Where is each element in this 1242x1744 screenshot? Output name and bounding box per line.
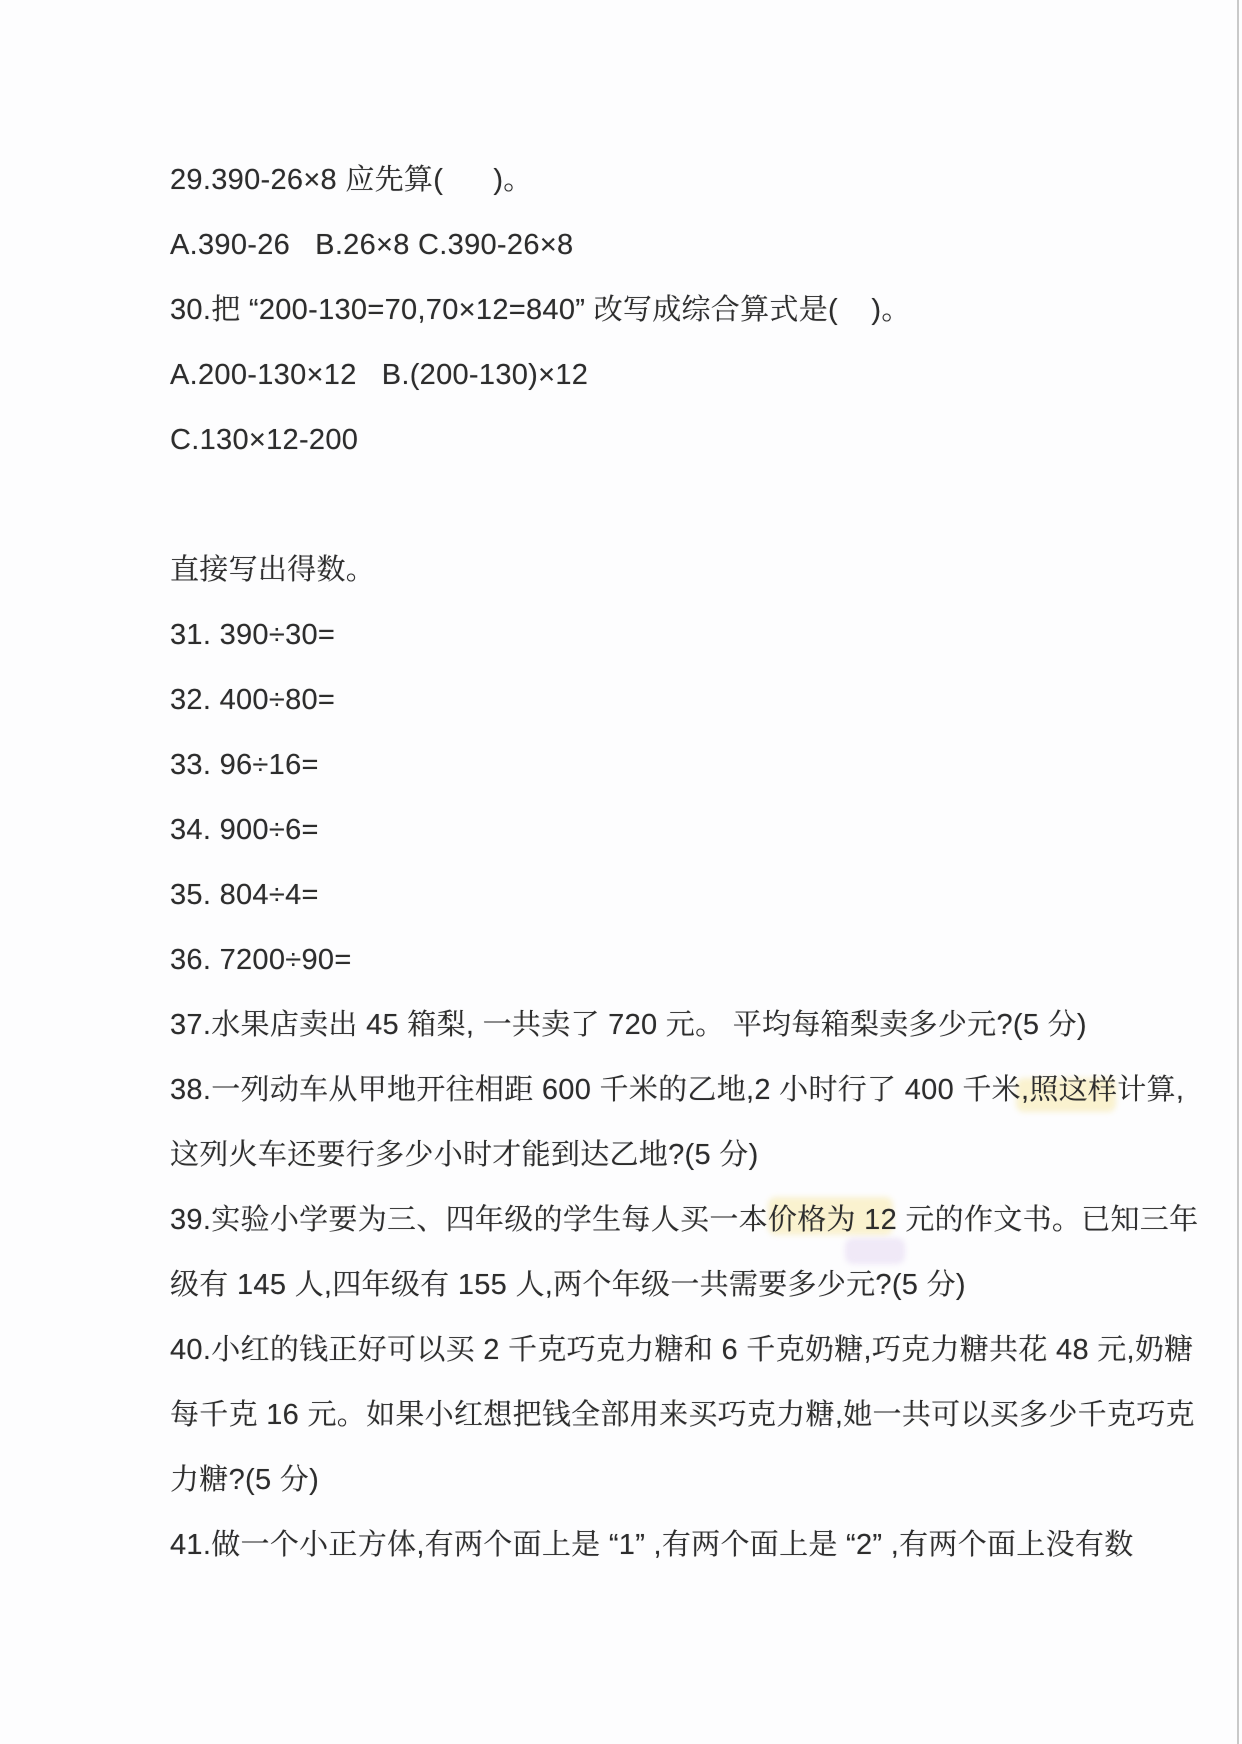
problem-35: 35. 804÷4= [170,863,1202,928]
problem-34: 34. 900÷6= [170,798,1202,863]
problem-29-options: A.390-26 B.26×8 C.390-26×8 [170,213,1202,278]
problem-39-line-2: 级有 145 人,四年级有 155 人,两个年级一共需要多少元?(5 分) [170,1253,1202,1318]
problem-32: 32. 400÷80= [170,668,1202,733]
problem-40-line-2: 每千克 16 元。如果小红想把钱全部用来买巧克力糖,她一共可以买多少千克巧克 [170,1383,1202,1448]
problem-36: 36. 7200÷90= [170,928,1202,993]
blank-line [170,473,1202,538]
worksheet-content: 29.390-26×8 应先算( )。 A.390-26 B.26×8 C.39… [170,148,1202,1578]
problem-30-option-c: C.130×12-200 [170,408,1202,473]
problem-40-line-1: 40.小红的钱正好可以买 2 千克巧克力糖和 6 千克奶糖,巧克力糖共花 48 … [170,1318,1202,1383]
problem-30-options-ab: A.200-130×12 B.(200-130)×12 [170,343,1202,408]
problem-40-line-3: 力糖?(5 分) [170,1448,1202,1513]
page-edge-line [1237,0,1239,1744]
problem-39-line-1: 39.实验小学要为三、四年级的学生每人买一本价格为 12 元的作文书。已知三年 [170,1188,1202,1253]
problem-29: 29.390-26×8 应先算( )。 [170,148,1202,213]
problem-37: 37.水果店卖出 45 箱梨, 一共卖了 720 元。 平均每箱梨卖多少元?(5… [170,993,1202,1058]
worksheet-page: 29.390-26×8 应先算( )。 A.390-26 B.26×8 C.39… [0,0,1242,1744]
problem-38-line-2: 这列火车还要行多少小时才能到达乙地?(5 分) [170,1123,1202,1188]
section-instruction: 直接写出得数。 [170,538,1202,603]
problem-38-line-1: 38.一列动车从甲地开往相距 600 千米的乙地,2 小时行了 400 千米,照… [170,1058,1202,1123]
problem-30: 30.把 “200-130=70,70×12=840” 改写成综合算式是( )。 [170,278,1202,343]
problem-41: 41.做一个小正方体,有两个面上是 “1” ,有两个面上是 “2” ,有两个面上… [170,1513,1202,1578]
problem-31: 31. 390÷30= [170,603,1202,668]
problem-33: 33. 96÷16= [170,733,1202,798]
